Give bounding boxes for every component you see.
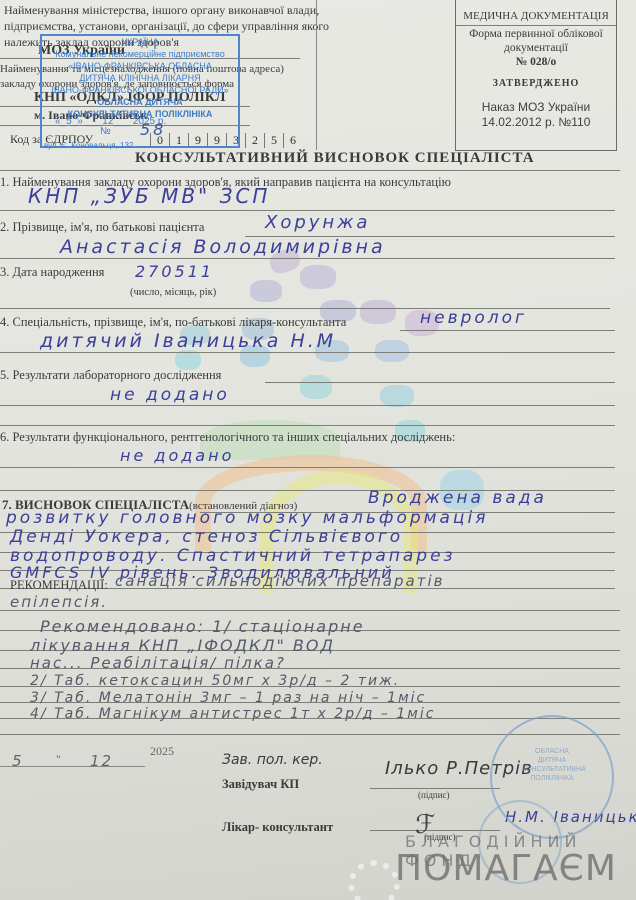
- recommendation-line-7: 3/ Таб. Мелатонін 3мг – 1 раз на ніч – 1…: [30, 690, 426, 706]
- consultant-specialty: невролог: [420, 308, 527, 328]
- patient-name: Анастасія Володимирівна: [60, 236, 386, 258]
- stamp-number-label: №: [100, 126, 111, 137]
- field-6-label: 6. Результати функціонального, рентгенол…: [0, 430, 455, 445]
- recommendation-line-3: Рекомендовано: 1/ стаціонарне: [40, 617, 365, 636]
- conclusion-line-1: Вроджена вада: [368, 488, 547, 508]
- field-3-label: 3. Дата народження: [0, 265, 104, 280]
- patient-surname: Хорунжа: [265, 212, 370, 233]
- birth-date: 270511: [135, 262, 214, 281]
- field-2-label: 2. Прізвище, ім'я, по батькові пацієнта: [0, 220, 204, 235]
- field-1-value: КНП „ЗУБ МВ" ЗСП: [28, 184, 270, 208]
- fingerprint-icon: [348, 860, 400, 900]
- field-4-label: 4. Спеціальність, прізвище, ім'я, по-бат…: [0, 315, 346, 330]
- recommendation-line-8: 4/ Таб. Магнікум антистрес 1т х 2р/д – 1…: [30, 706, 435, 722]
- recommendation-line-4: лікування КНП „ІФОДКЛ" ВОД: [30, 636, 335, 655]
- form-box-title: МЕДИЧНА ДОКУМЕНТАЦІЯ: [456, 10, 616, 22]
- stamp-number: 58: [140, 120, 166, 139]
- doctor-label: Лікар- консультант: [222, 820, 333, 835]
- head-label: Завідувач КП: [222, 777, 299, 792]
- birth-date-hint: (число, місяць, рік): [130, 287, 216, 298]
- date-year: 2025: [150, 744, 174, 759]
- conclusion-line-3: Денді Уокера, стеноз Сільвієвого: [10, 527, 403, 547]
- head-handwritten-title: Зав. пол. кер.: [222, 752, 323, 768]
- date-month: 12: [90, 752, 113, 770]
- stamp-address: вул. Є. Коновальця, 132: [44, 141, 133, 150]
- fund-watermark-line-2: ПОМАГАЄМ: [395, 848, 617, 889]
- lab-results-value: не додано: [110, 385, 230, 405]
- recommendation-line-1: санація сильнодіючих препаратів: [115, 572, 444, 590]
- approval-order: Наказ МОЗ України 14.02.2012 р. №110: [456, 100, 616, 130]
- form-name: Форма первинної облікової документації №…: [456, 27, 616, 69]
- document-title: КОНСУЛЬТАТИВНИЙ ВИСНОВОК СПЕЦІАЛІСТА: [135, 150, 535, 167]
- approved-label: ЗАТВЕРДЖЕНО: [456, 78, 616, 89]
- field-5-label: 5. Результати лабораторного дослідження: [0, 368, 221, 383]
- recommendation-line-2: епілепсія.: [10, 593, 108, 611]
- consultant-name: дитячий Іваницька Н.М: [40, 330, 336, 352]
- date-quote: ": [56, 752, 61, 767]
- recommendation-line-6: 2/ Таб. кетоксацин 50мг х 3р/д – 2 тиж.: [30, 673, 400, 689]
- recommendations-label: РЕКОМЕНДАЦІЇ:: [10, 578, 108, 593]
- conclusion-line-2: розвитку головного мозку мальформація: [6, 508, 488, 528]
- date-day: 5: [12, 752, 24, 770]
- head-sig-caption: (підпис): [418, 790, 450, 800]
- recommendation-line-5: нас... Реабілітація/ пілка?: [30, 654, 286, 672]
- functional-results-value: не додано: [120, 446, 234, 465]
